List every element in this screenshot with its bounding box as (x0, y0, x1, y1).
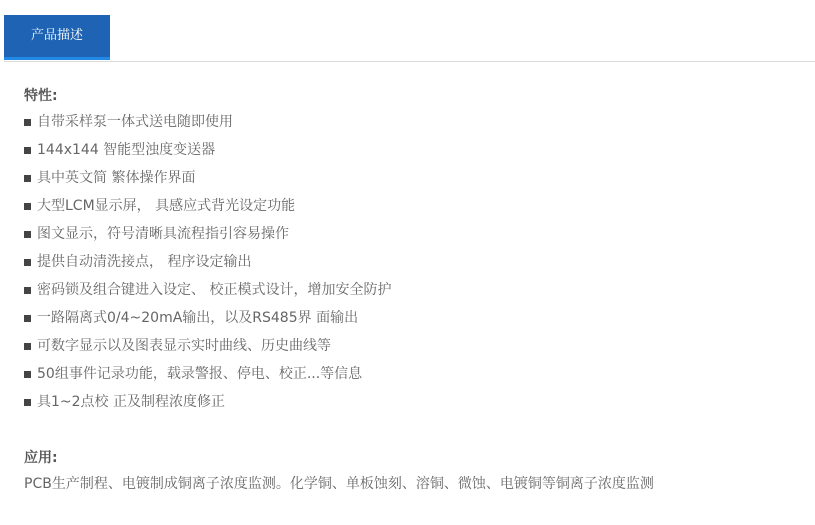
feature-item: 图文显示，符号清晰具流程指引容易操作 (24, 220, 804, 248)
square-bullet-icon (24, 399, 31, 406)
square-bullet-icon (24, 287, 31, 294)
feature-item: 可数字显示以及图表显示实时曲线、历史曲线等 (24, 332, 804, 360)
tab-product-description[interactable]: 产品描述 (4, 15, 110, 60)
square-bullet-icon (24, 175, 31, 182)
feature-text: 具1~2点校 正及制程浓度修正 (37, 388, 225, 416)
feature-item: 提供自动清洗接点， 程序设定输出 (24, 248, 804, 276)
feature-item: 大型LCM显示屏， 具感应式背光设定功能 (24, 192, 804, 220)
feature-text: 图文显示，符号清晰具流程指引容易操作 (37, 220, 289, 248)
feature-item: 144x144 智能型浊度变送器 (24, 136, 804, 164)
feature-text: 具中英文简 繁体操作界面 (37, 164, 195, 192)
spacer (24, 416, 804, 446)
features-list: 自带采样泵一体式送电随即使用 144x144 智能型浊度变送器 具中英文简 繁体… (24, 108, 804, 416)
square-bullet-icon (24, 119, 31, 126)
product-description-content: 特性: 自带采样泵一体式送电随即使用 144x144 智能型浊度变送器 具中英文… (24, 84, 804, 498)
feature-text: 50组事件记录功能，载录警报、停电、校正...等信息 (37, 360, 362, 388)
square-bullet-icon (24, 259, 31, 266)
tab-bar: 产品描述 (4, 15, 815, 62)
square-bullet-icon (24, 231, 31, 238)
square-bullet-icon (24, 371, 31, 378)
feature-text: 密码锁及组合键进入设定、 校正模式设计，增加安全防护 (37, 276, 391, 304)
feature-text: 一路隔离式0/4~20mA输出，以及RS485界 面输出 (37, 304, 358, 332)
feature-item: 具中英文简 繁体操作界面 (24, 164, 804, 192)
square-bullet-icon (24, 343, 31, 350)
feature-item: 具1~2点校 正及制程浓度修正 (24, 388, 804, 416)
square-bullet-icon (24, 203, 31, 210)
feature-text: 提供自动清洗接点， 程序设定输出 (37, 248, 251, 276)
feature-text: 144x144 智能型浊度变送器 (37, 136, 215, 164)
feature-text: 大型LCM显示屏， 具感应式背光设定功能 (37, 192, 295, 220)
feature-text: 可数字显示以及图表显示实时曲线、历史曲线等 (37, 332, 331, 360)
feature-item: 50组事件记录功能，载录警报、停电、校正...等信息 (24, 360, 804, 388)
application-text: PCB生产制程、电镀制成铜离子浓度监测。化学铜、单板蚀刻、溶铜、微蚀、电镀铜等铜… (24, 470, 804, 498)
features-heading: 特性: (24, 84, 804, 108)
square-bullet-icon (24, 315, 31, 322)
square-bullet-icon (24, 147, 31, 154)
feature-item: 自带采样泵一体式送电随即使用 (24, 108, 804, 136)
application-heading: 应用: (24, 446, 804, 470)
feature-item: 一路隔离式0/4~20mA输出，以及RS485界 面输出 (24, 304, 804, 332)
feature-text: 自带采样泵一体式送电随即使用 (37, 108, 233, 136)
feature-item: 密码锁及组合键进入设定、 校正模式设计，增加安全防护 (24, 276, 804, 304)
